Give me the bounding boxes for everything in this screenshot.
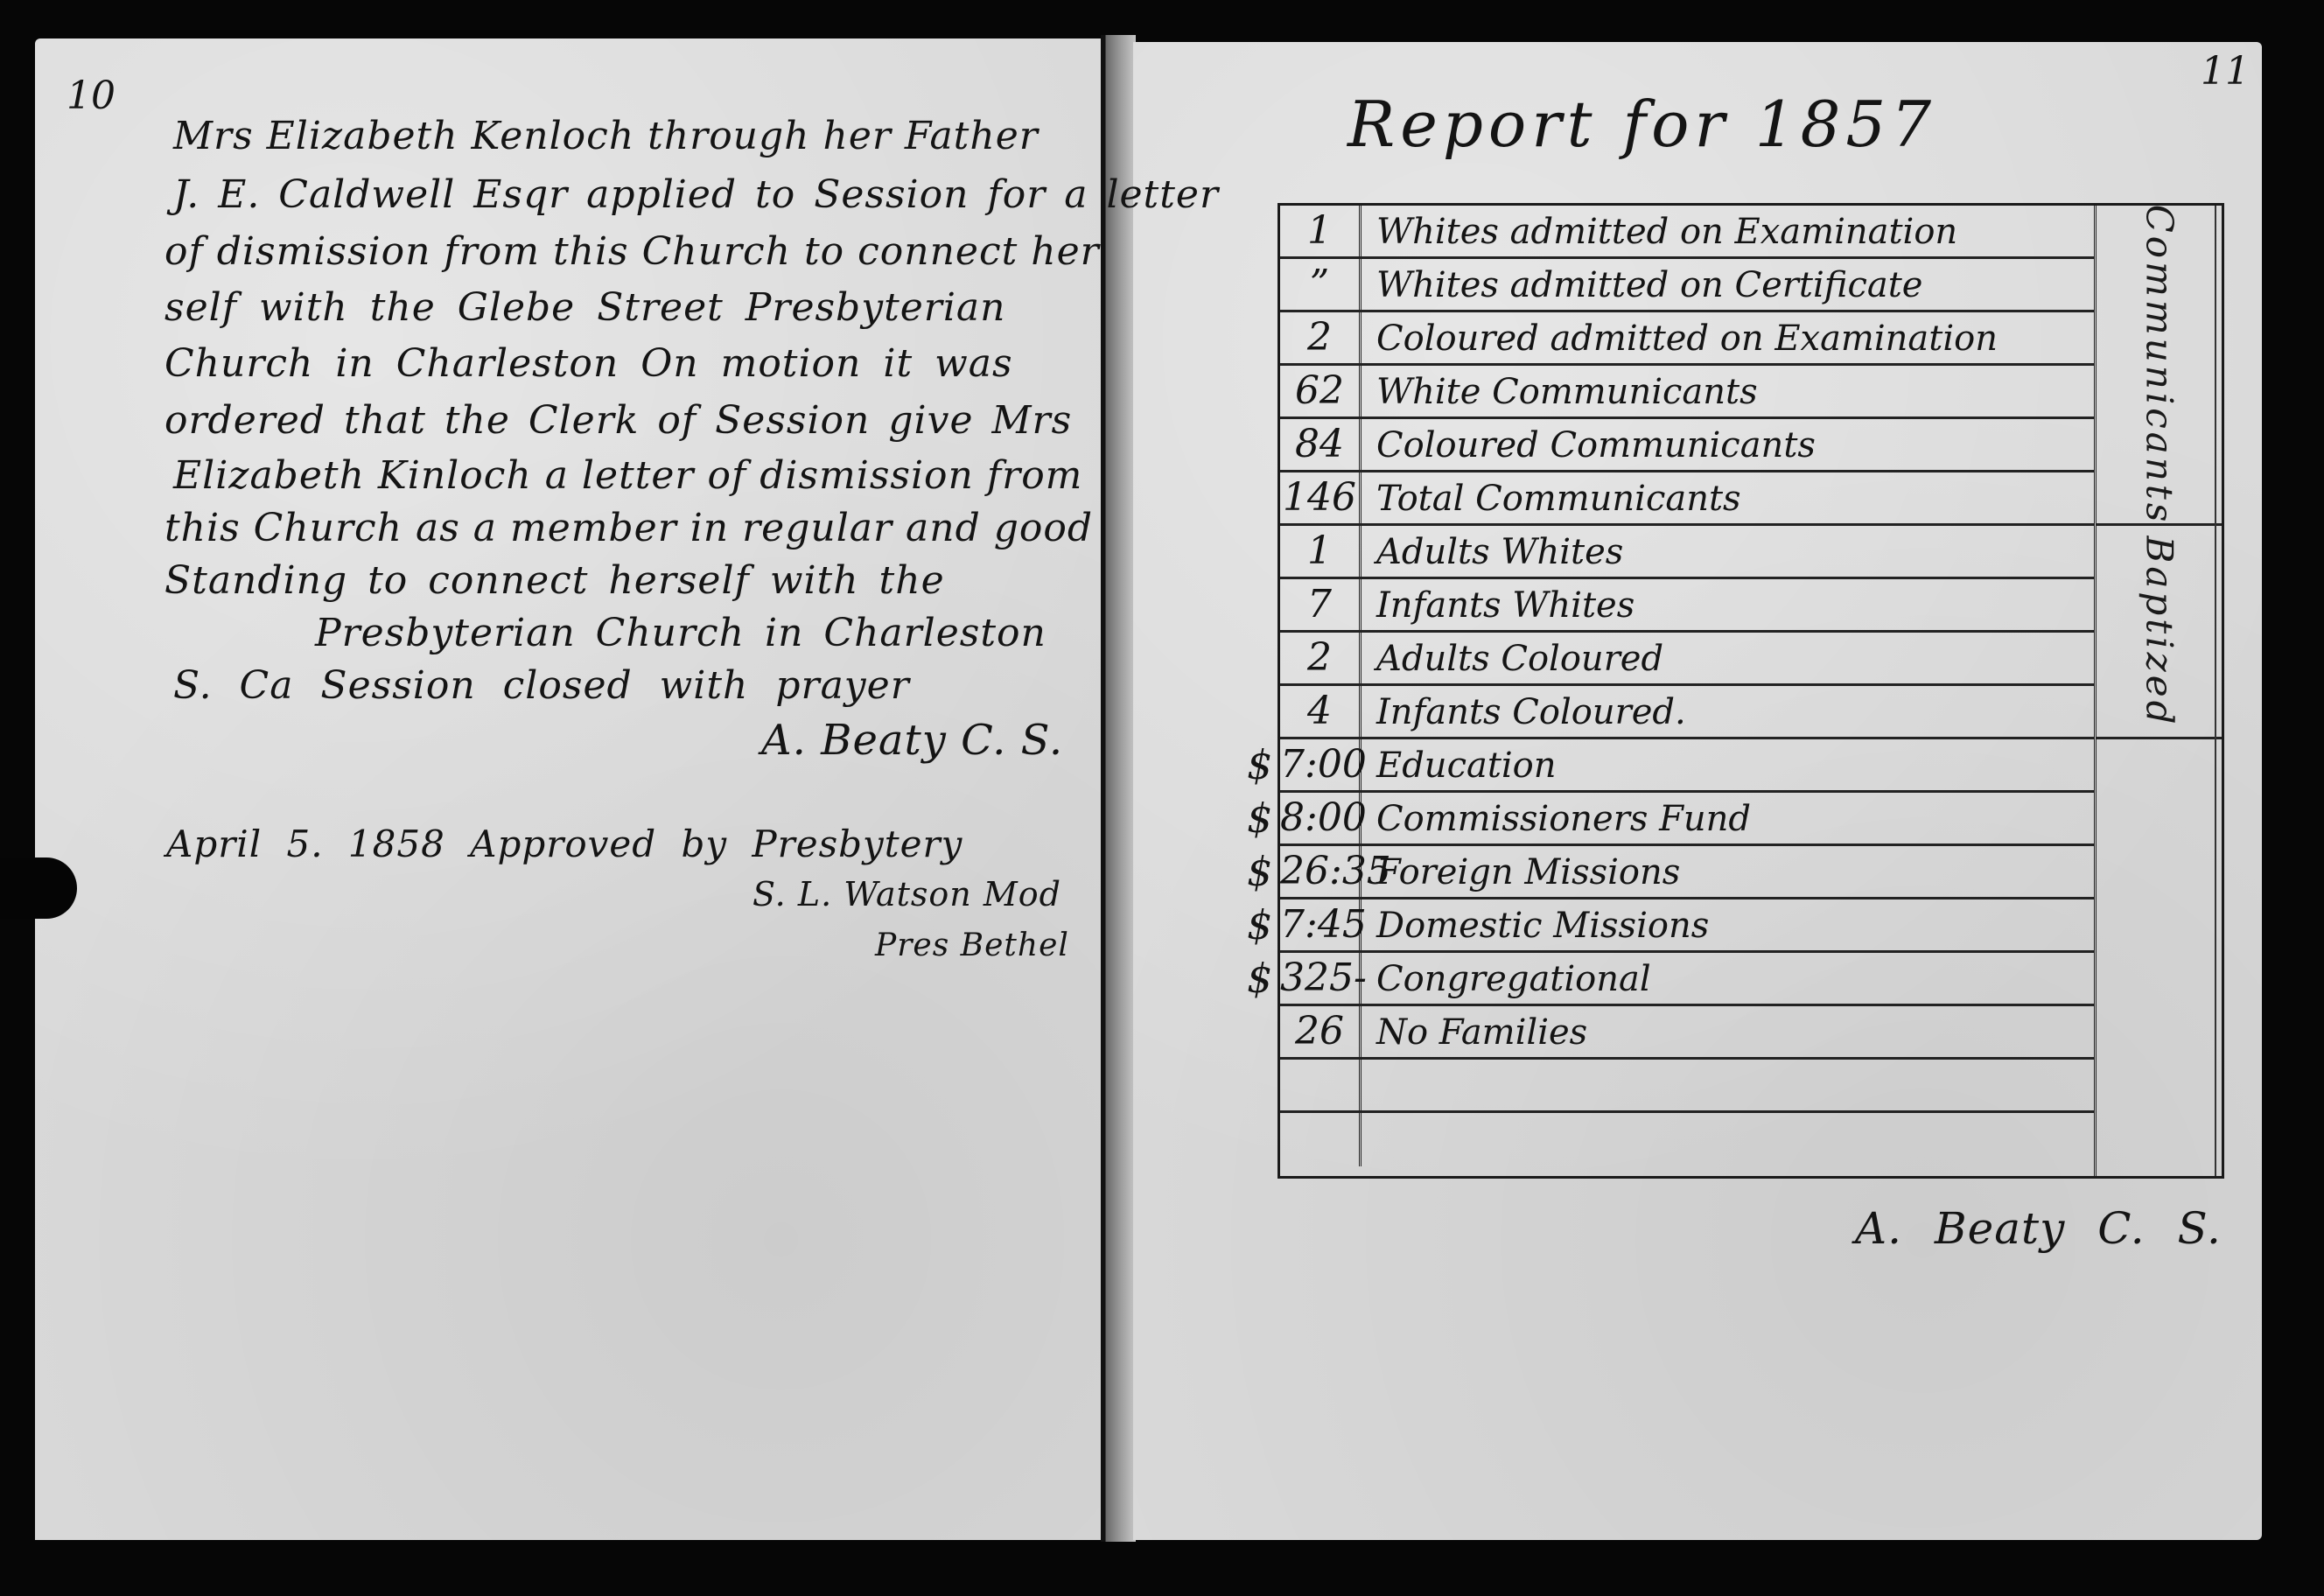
row-label: Coloured admitted on Examination [1376,312,1998,363]
table-row: $26:35Foreign Missions [1280,846,2094,899]
table-row: 26No Families [1280,1006,2094,1060]
thumb-notch [0,857,77,919]
table-row [1280,1113,2094,1166]
row-value: 7 [1280,579,1361,630]
minutes-line: S. Ca Session closed with prayer [173,663,910,708]
row-value: 325- [1280,953,1361,1004]
page-number-left: 10 [66,73,115,118]
report-rows: 1Whites admitted on Examination ”Whites … [1280,206,2094,1166]
clerk-signature-right: A. Beaty C. S. [1855,1203,2222,1254]
row-value: 84 [1280,419,1361,470]
table-row: $7:00Education [1280,739,2094,793]
row-label: Total Communicants [1376,472,1741,523]
table-row: $7:45Domestic Missions [1280,899,2094,953]
row-label: Infants Coloured. [1376,686,1686,737]
currency-symbol: $ [1247,899,1272,950]
table-row: 1Whites admitted on Examination [1280,206,2094,259]
row-label: No Families [1376,1006,1587,1057]
minutes-line: Church in Charleston On motion it was [164,341,1013,386]
row-label: Coloured Communicants [1376,419,1816,470]
row-label: Congregational [1376,953,1651,1004]
row-value: 7:45 [1280,899,1361,950]
table-row: 84Coloured Communicants [1280,419,2094,472]
table-row: 2Adults Coloured [1280,633,2094,686]
table-row: ”Whites admitted on Certificate [1280,259,2094,312]
table-row: 146Total Communicants [1280,472,2094,526]
row-label: Adults Whites [1376,526,1623,577]
report-table: 1Whites admitted on Examination ”Whites … [1277,203,2224,1179]
book-gutter [1101,35,1136,1542]
report-title: Report for 1857 [1347,87,1936,161]
minutes-line: self with the Glebe Street Presbyterian [164,285,1005,330]
minutes-line: Presbyterian Church in Charleston [315,611,1046,655]
row-label: Education [1376,739,1557,790]
currency-symbol: $ [1247,739,1272,790]
row-value: 62 [1280,366,1361,416]
page-number-right: 11 [2201,49,2250,94]
row-value [1280,1060,1361,1110]
row-value [1280,1113,1361,1166]
row-label: Whites admitted on Examination [1376,206,1957,256]
minutes-line: ordered that the Clerk of Session give M… [164,398,1072,443]
row-value: 146 [1280,472,1361,523]
table-row: $8:00Commissioners Fund [1280,793,2094,846]
side-group-communicants: Communicants [2096,206,2222,526]
table-row: 2Coloured admitted on Examination [1280,312,2094,366]
side-group-label: Baptized [2138,535,2180,727]
side-group-label: Communicants [2138,204,2180,525]
currency-symbol: $ [1247,793,1272,843]
minutes-line: Elizabeth Kinloch a letter of dismission… [173,453,1082,498]
row-value: 1 [1280,206,1361,256]
minutes-line: J. E. Caldwell Esqr applied to Session f… [173,172,1219,217]
row-value: 1 [1280,526,1361,577]
double-rule [2215,206,2216,1176]
approval-line: April 5. 1858 Approved by Presbytery [166,822,962,865]
row-label: Adults Coloured [1376,633,1663,683]
minutes-line: this Church as a member in regular and g… [164,506,1093,550]
row-value: 4 [1280,686,1361,737]
side-group-column: Communicants Baptized [2094,206,2222,1176]
minutes-line: Mrs Elizabeth Kenloch through her Father [173,114,1039,158]
table-row: 1Adults Whites [1280,526,2094,579]
minutes-line: Standing to connect herself with the [164,558,945,603]
table-row: 4Infants Coloured. [1280,686,2094,739]
currency-symbol: $ [1247,953,1272,1004]
table-row [1280,1060,2094,1113]
row-value: 26 [1280,1006,1361,1057]
row-value: ” [1280,259,1361,310]
row-label: Infants Whites [1376,579,1634,630]
table-row: 7Infants Whites [1280,579,2094,633]
row-value: 7:00 [1280,739,1361,790]
row-label: Foreign Missions [1376,846,1680,897]
row-value: 26:35 [1280,846,1361,897]
row-label: White Communicants [1376,366,1758,416]
row-label: Domestic Missions [1376,899,1709,950]
row-label: Commissioners Fund [1376,793,1751,843]
presbytery-name: Pres Bethel [875,927,1069,963]
currency-symbol: $ [1247,846,1272,897]
row-value: 8:00 [1280,793,1361,843]
table-row: $325-Congregational [1280,953,2094,1006]
row-value: 2 [1280,633,1361,683]
moderator-signature: S. L. Watson Mod [752,875,1061,913]
side-group-baptized: Baptized [2096,526,2222,739]
row-value: 2 [1280,312,1361,363]
minutes-line: of dismission from this Church to connec… [164,229,1100,274]
row-label: Whites admitted on Certificate [1376,259,1922,310]
table-row: 62White Communicants [1280,366,2094,419]
clerk-signature: A. Beaty C. S. [761,716,1063,765]
